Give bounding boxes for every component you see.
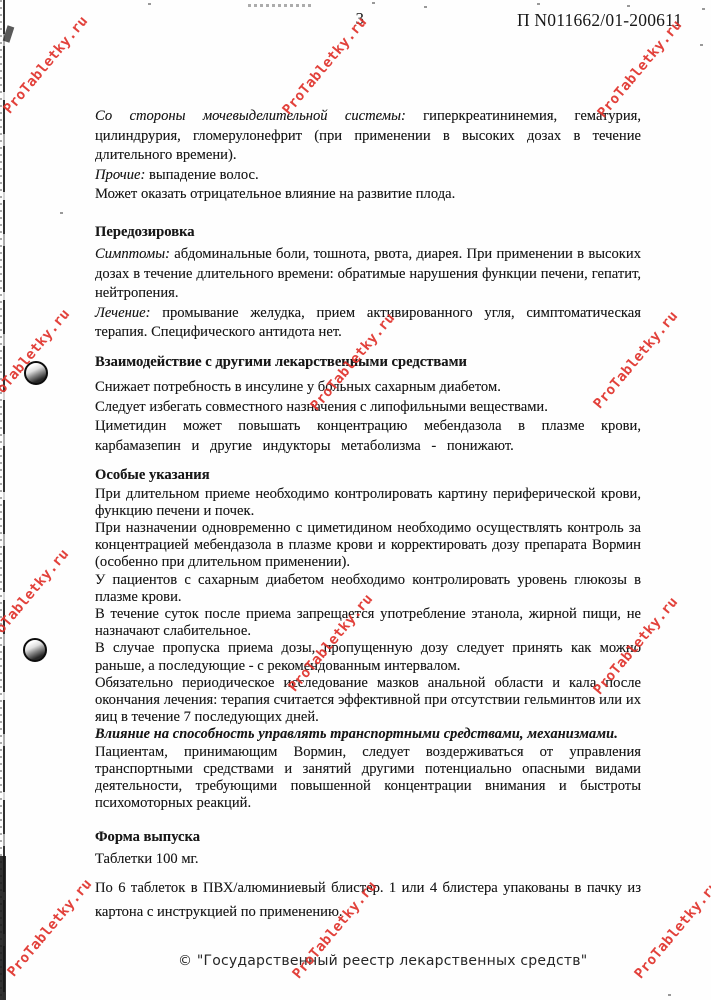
paragraph-cimetidine: Циметидин может повышать концентрацию ме…	[95, 417, 641, 456]
watermark-protabletky: ProTabletky.ru	[0, 542, 76, 653]
scan-edge-shadow	[0, 856, 6, 1000]
paragraph-lead-italic: Лечение:	[95, 305, 150, 321]
watermark-protabletky: ProTabletky.ru	[0, 9, 95, 120]
section-heading-release-form: Форма выпуска	[95, 828, 641, 848]
paragraph-other-effects: Прочие: выпадение волос.	[95, 166, 641, 186]
paragraph-tablets: Таблетки 100 мг.	[95, 850, 641, 870]
paragraph-overdose-symptoms: Симптомы: абдоминальные боли, тошнота, р…	[95, 245, 641, 304]
watermark-protabletky: ProTabletky.ru	[0, 302, 77, 413]
document-body: Со стороны мочевыделительной системы: ги…	[95, 0, 641, 924]
scan-speck	[700, 44, 703, 46]
paragraph-urinary-system: Со стороны мочевыделительной системы: ги…	[95, 107, 641, 166]
scan-edge-line	[3, 0, 5, 1000]
scan-speck	[702, 8, 705, 10]
paragraph-driving: Пациентам, принимающим Вормин, следует в…	[95, 744, 641, 813]
paragraph-text: карбамазепин и другие индукторы метаболи…	[95, 437, 641, 457]
paragraph-text: выпадение волос.	[145, 167, 258, 183]
paragraph-smears: Обязательно периодическое исследование м…	[95, 675, 641, 727]
scanned-document-page: 3 П N011662/01-200611 Со стороны мочевыд…	[0, 0, 711, 1000]
section-heading-special-instructions: Особые указания	[95, 466, 641, 486]
footer-copyright: © "Государственный реестр лекарственных …	[178, 953, 587, 969]
paragraph-lead-italic: Симптомы:	[95, 246, 170, 262]
ink-blot	[23, 638, 47, 662]
scan-speck	[668, 994, 671, 996]
paragraph-fetus-warning: Может оказать отрицательное влияние на р…	[95, 185, 641, 205]
section-heading-overdose: Передозировка	[95, 223, 641, 243]
paragraph-missed-dose: В случае пропуска приема дозы, пропущенн…	[95, 640, 641, 674]
paragraph-lipophilic: Следует избегать совместного назначения …	[95, 398, 641, 418]
paragraph-text: абдоминальные боли, тошнота, рвота, диар…	[95, 246, 641, 301]
paragraph-cimetidine-control: При назначении одновременно с циметидино…	[95, 520, 641, 572]
paragraph-lead-italic: Со стороны мочевыделительной системы:	[95, 108, 406, 124]
watermark-protabletky: ProTabletky.ru	[1, 872, 98, 983]
scan-speck	[60, 212, 63, 214]
paragraph-insulin: Снижает потребность в инсулине у больных…	[95, 378, 641, 398]
scan-edge-dots	[0, 0, 2, 1000]
subheading-driving: Влияние на способность управлять транспо…	[95, 726, 641, 743]
paragraph-lead-italic: Прочие:	[95, 167, 145, 183]
paragraph-text: Циметидин может повышать концентрацию ме…	[95, 417, 641, 437]
paragraph-blood-control: При длительном приеме необходимо контрол…	[95, 486, 641, 520]
